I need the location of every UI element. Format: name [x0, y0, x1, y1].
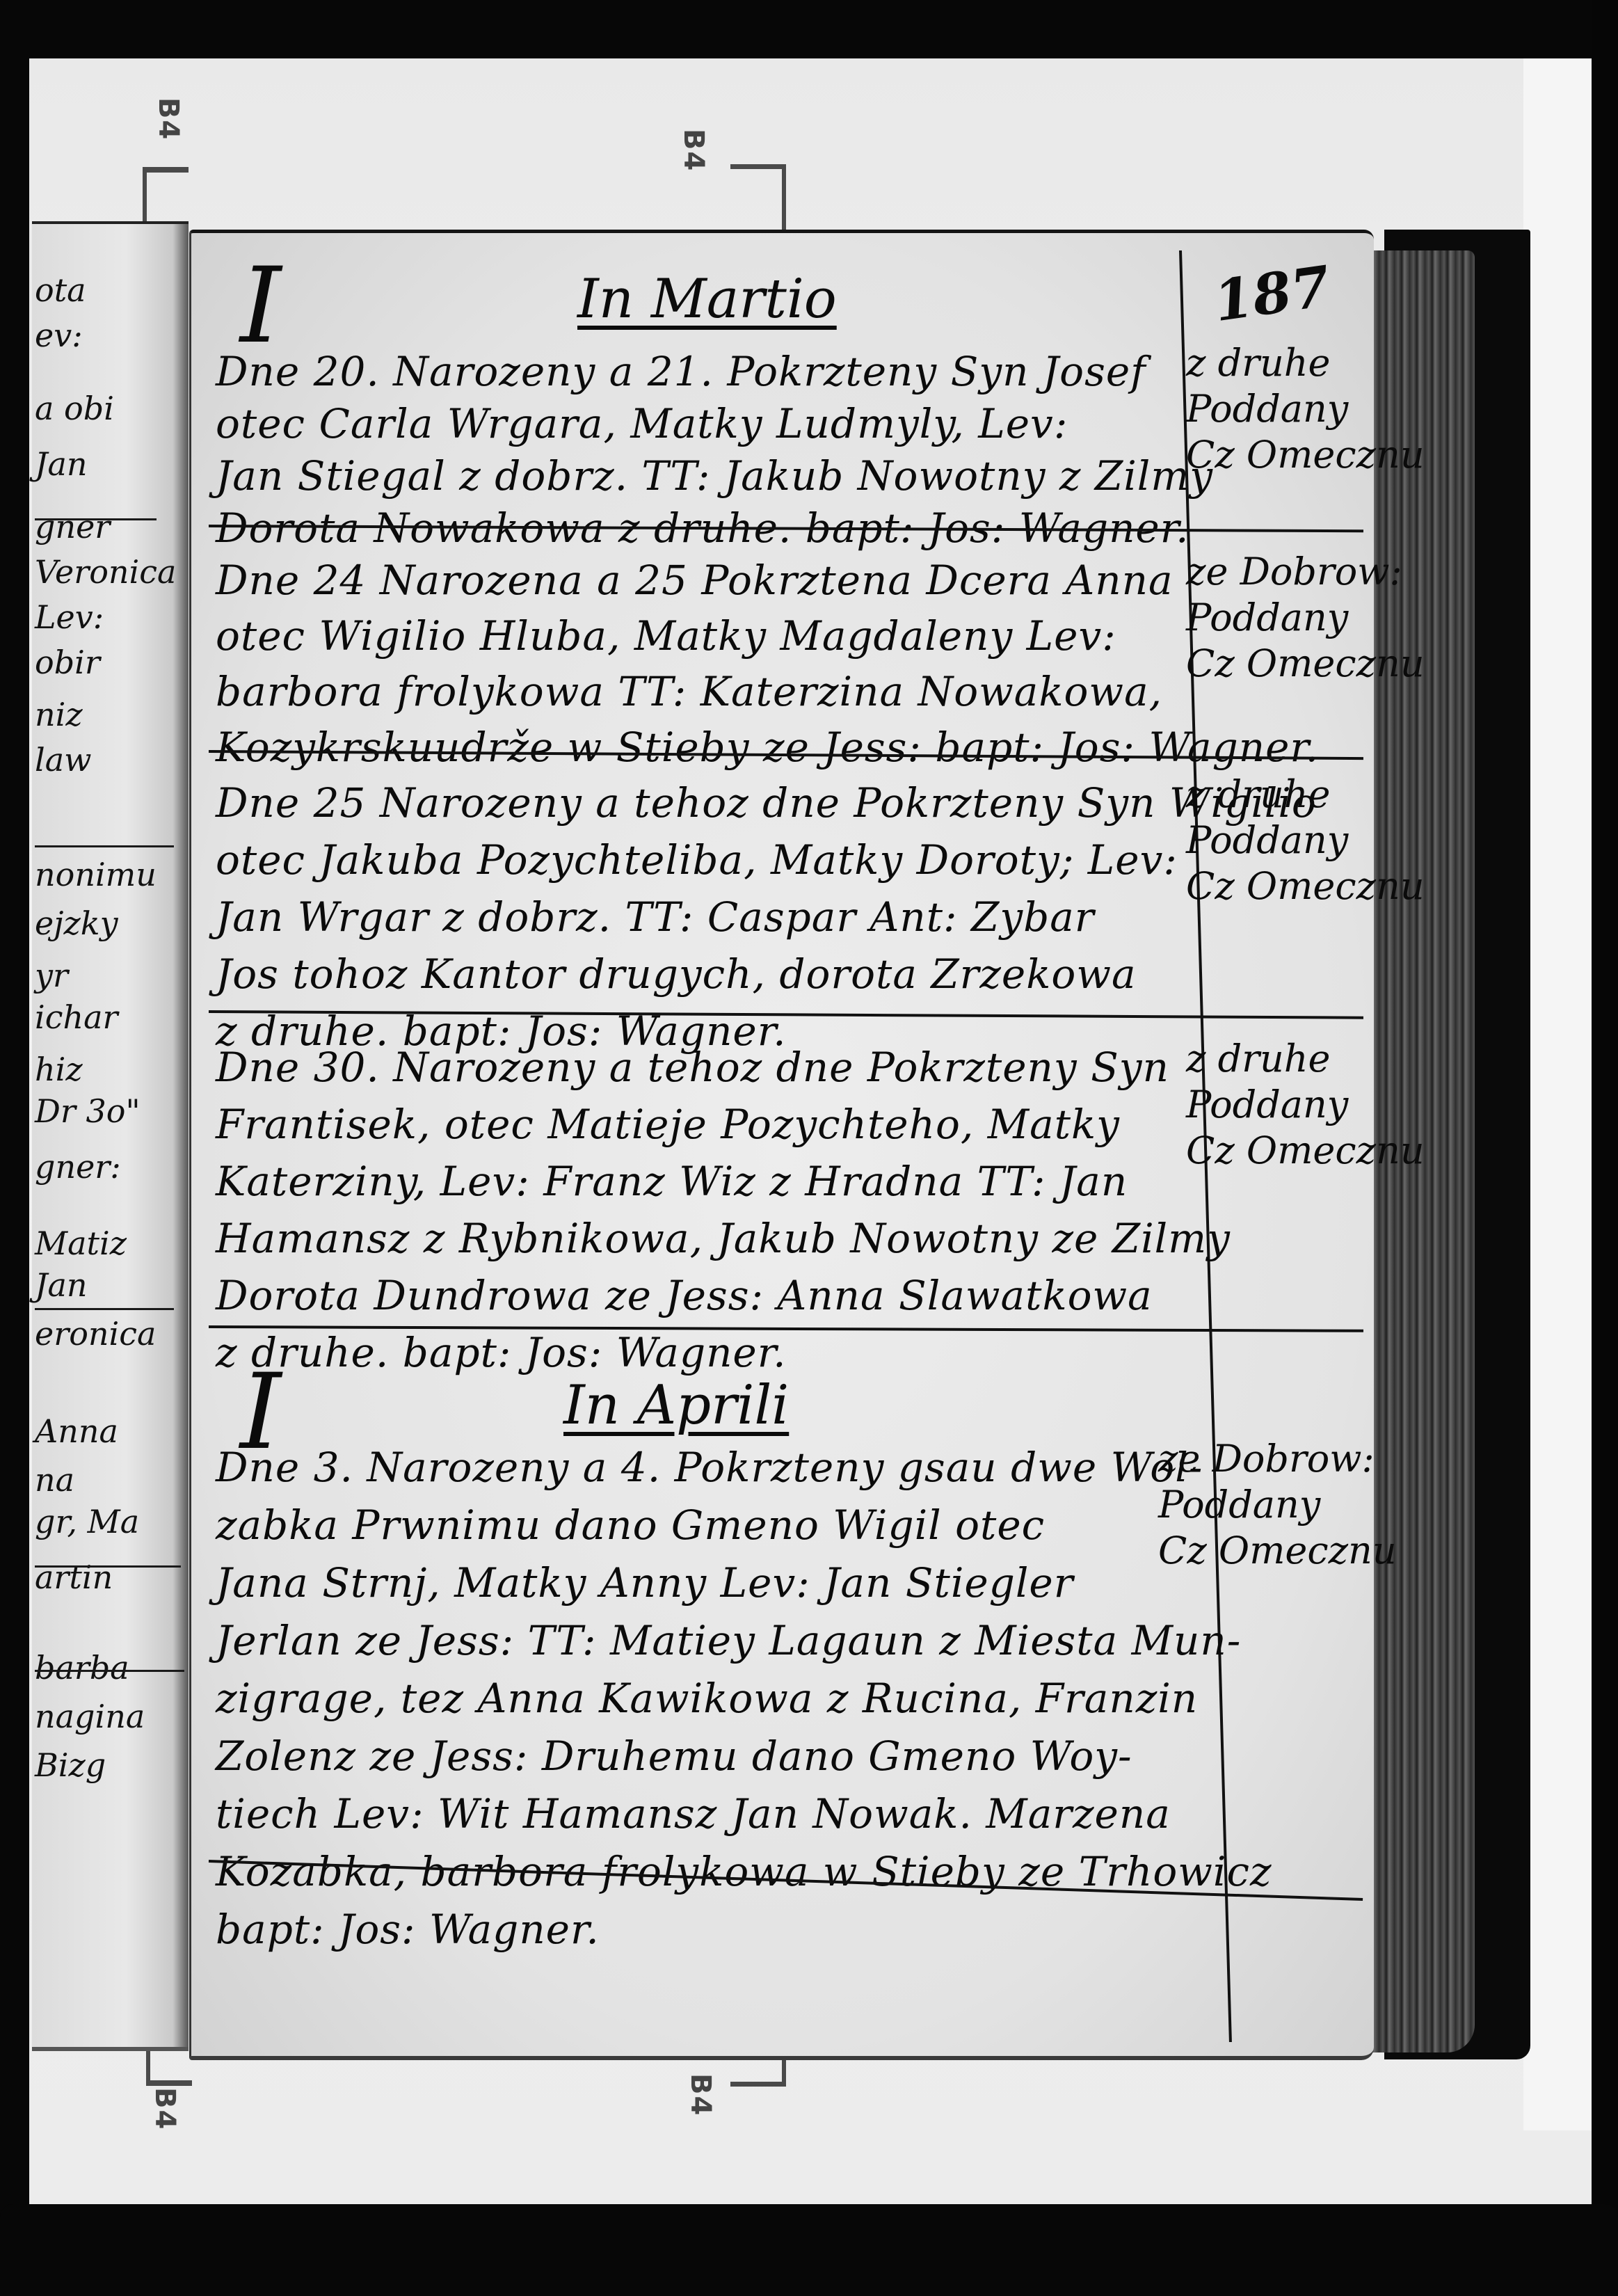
entry-line: Kozabka, barbora frolykowa w Stieby ze T…: [216, 1848, 1272, 1895]
remarks-entry: Poddany: [1186, 596, 1348, 640]
entry-line: otec Jakuba Pozychteliba, Matky Doroty; …: [216, 836, 1178, 884]
entry-line: Jan Stiegal z dobrz. TT: Jakub Nowotny z…: [216, 452, 1213, 500]
remarks-entry: Cz Omecznu: [1158, 1529, 1397, 1573]
entry-line: Dne 25 Narozeny a tehoz dne Pokrzteny Sy…: [216, 779, 1317, 827]
remarks-entry: Poddany: [1158, 1483, 1320, 1527]
left-page-fragment: Lev:: [35, 598, 104, 636]
left-page-fragment: ota: [35, 271, 86, 309]
decorative-initial: I: [240, 254, 281, 358]
left-page-rule: [35, 1308, 174, 1310]
film-marker-bottom-center: B4: [684, 2073, 716, 2116]
left-page-fragment: Veronica: [35, 553, 176, 591]
entry-line: barbora frolykowa TT: Katerzina Nowakowa…: [216, 668, 1162, 715]
left-page-fragment: ev:: [35, 317, 83, 354]
film-marker-top-left: B4: [152, 97, 184, 141]
left-page-fragment: eronica: [35, 1315, 156, 1353]
left-page-fragment: gr, Ma: [35, 1503, 139, 1540]
section-heading: In Aprili: [563, 1374, 789, 1437]
film-border-bottom: [0, 2204, 1618, 2296]
film-border-left: [0, 0, 29, 2296]
left-page-fragment: a obi: [35, 390, 114, 427]
left-page-fragment: gner:: [35, 1148, 121, 1186]
left-page-rule: [35, 845, 174, 847]
film-border-right: [1592, 0, 1618, 2296]
entry-line: Jos tohoz Kantor drugych, dorota Zrzekow…: [216, 950, 1137, 998]
remarks-entry: Poddany: [1186, 818, 1348, 863]
film-marker-top-center: B4: [678, 129, 710, 172]
section-heading: In Martio: [577, 268, 837, 330]
left-page-fragment: ichar: [35, 998, 118, 1036]
remarks-entry: ze Dobrow:: [1158, 1437, 1375, 1481]
entry-line: z druhe. bapt: Jos: Wagner.: [216, 1329, 787, 1376]
remarks-entry: z druhe: [1186, 341, 1331, 385]
entry-line: Kozykrskuudrže w Stieby ze Jess: bapt: J…: [216, 724, 1319, 771]
left-page-rule: [35, 1670, 184, 1672]
left-page-fragment: gner: [35, 508, 110, 545]
entry-line: tiech Lev: Wit Hamansz Jan Nowak. Marzen…: [216, 1790, 1171, 1837]
left-page-fragment: na: [35, 1461, 74, 1499]
left-page-fragment: hiz: [35, 1051, 83, 1088]
film-bracket: [146, 2046, 192, 2086]
entry-line: zabka Prwnimu dano Gmeno Wigil otec: [216, 1501, 1045, 1549]
left-page-fragment: Dr 3o": [35, 1092, 141, 1130]
entry-line: otec Wigilio Hluba, Matky Magdaleny Lev:: [216, 612, 1116, 660]
remarks-entry: Poddany: [1186, 387, 1348, 431]
entry-line: Dne 30. Narozeny a tehoz dne Pokrzteny S…: [216, 1044, 1169, 1091]
left-page-fragment: nonimu: [35, 856, 157, 893]
left-page-fragment: ejzky: [35, 904, 118, 942]
entry-line: Jana Strnj, Matky Anny Lev: Jan Stiegler: [216, 1559, 1073, 1607]
left-page-fragment: yr: [35, 957, 68, 994]
remarks-entry: z druhe: [1186, 772, 1331, 817]
left-page-fragment: obir: [35, 644, 100, 681]
left-page-fragment: Anna: [35, 1412, 118, 1450]
entry-line: bapt: Jos: Wagner.: [216, 1906, 600, 1953]
left-page-fragment: barba: [35, 1649, 129, 1687]
entry-line: zigrage, tez Anna Kawikowa z Rucina, Fra…: [216, 1675, 1198, 1722]
entry-line: Hamansz z Rybnikowa, Jakub Nowotny ze Zi…: [216, 1215, 1231, 1262]
entry-line: Jerlan ze Jess: TT: Matiey Lagaun z Mies…: [216, 1617, 1241, 1664]
left-page-fragment: nagina: [35, 1698, 145, 1735]
film-border-top: [0, 0, 1618, 58]
entry-line: Dne 24 Narozena a 25 Pokrztena Dcera Ann…: [216, 557, 1174, 604]
left-page-fragment: artin: [35, 1558, 113, 1596]
remarks-entry: z druhe: [1186, 1037, 1331, 1081]
left-page-fragment: Bizg: [35, 1746, 106, 1784]
remarks-entry: Cz Omecznu: [1186, 641, 1425, 686]
remarks-entry: ze Dobrow:: [1186, 550, 1402, 594]
left-page-fragment: Jan: [35, 1266, 88, 1304]
remarks-entry: Cz Omecznu: [1186, 1129, 1425, 1173]
entry-line: Jan Wrgar z dobrz. TT: Caspar Ant: Zybar: [216, 893, 1095, 941]
backdrop-right: [1523, 57, 1592, 2130]
remarks-entry: Cz Omecznu: [1186, 864, 1425, 909]
entry-line: Dne 20. Narozeny a 21. Pokrzteny Syn Jos…: [216, 348, 1146, 395]
entry-line: Dorota Dundrowa ze Jess: Anna Slawatkowa: [216, 1272, 1153, 1319]
left-page-fragment: law: [35, 741, 92, 779]
remarks-entry: Poddany: [1186, 1083, 1348, 1127]
left-page-fragment: Matiz: [35, 1225, 127, 1262]
film-bracket: [730, 164, 786, 232]
entry-line: otec Carla Wrgara, Matky Ludmyly, Lev:: [216, 400, 1068, 447]
left-page-fragment: niz: [35, 696, 83, 733]
left-page-rule: [35, 1565, 181, 1568]
remarks-entry: Cz Omecznu: [1186, 433, 1425, 477]
film-bracket: [143, 167, 189, 225]
entry-line: Zolenz ze Jess: Druhemu dano Gmeno Woy-: [216, 1732, 1132, 1780]
entry-line: Frantisek, otec Matieje Pozychteho, Matk…: [216, 1101, 1120, 1148]
film-marker-bottom-left: B4: [149, 2087, 181, 2130]
entry-line: Dne 3. Narozeny a 4. Pokrzteny gsau dwe …: [216, 1444, 1203, 1491]
left-page-rule: [35, 518, 157, 520]
entry-line: Katerziny, Lev: Franz Wiz z Hradna TT: J…: [216, 1158, 1128, 1205]
left-page-fragment: Jan: [35, 445, 88, 483]
